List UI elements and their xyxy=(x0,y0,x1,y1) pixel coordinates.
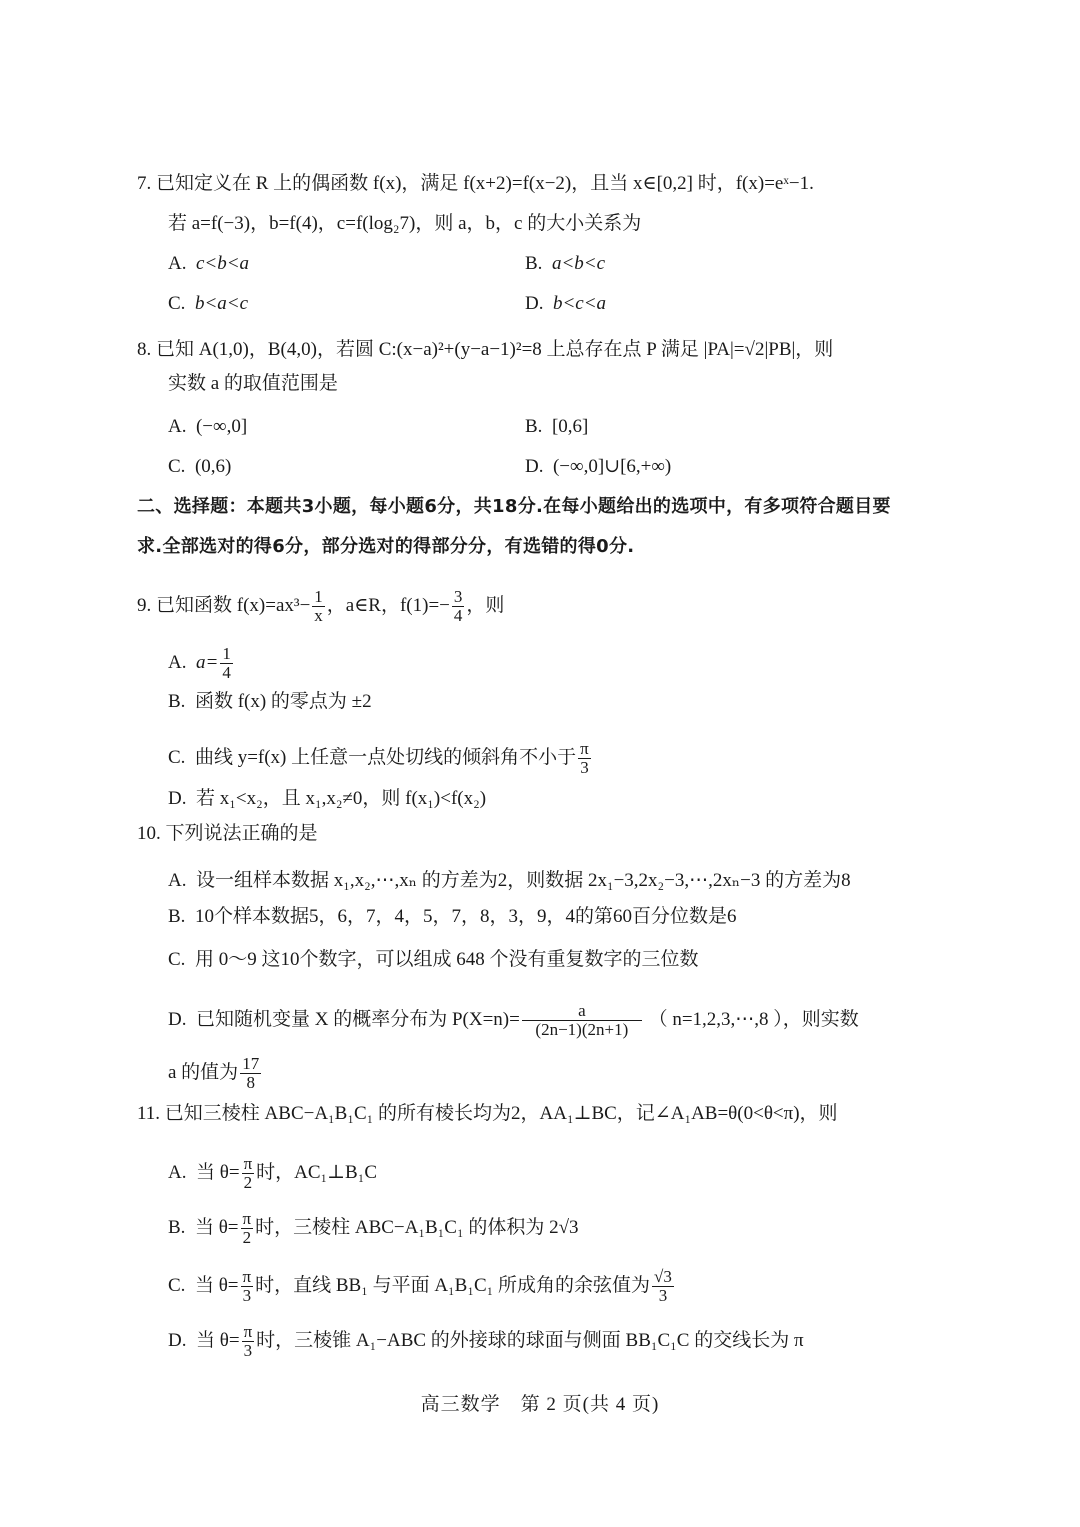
q7-option-b: B. a<b<c xyxy=(525,252,605,276)
fraction: √33 xyxy=(652,1268,674,1305)
option-text: 用 0～9 这10个数字，可以组成 648 个没有重复数字的三位数 xyxy=(195,949,699,970)
option-label: D. xyxy=(168,788,186,809)
option-label: A. xyxy=(168,870,186,891)
q7-number: 7. xyxy=(137,173,151,194)
denominator: 2 xyxy=(242,1174,255,1192)
option-label: B. xyxy=(168,906,185,927)
q8-stem-text-1: 已知 A(1,0)，B(4,0)，若圆 C:(x−a)²+(y−a−1)²=8 … xyxy=(156,339,833,360)
fraction: π3 xyxy=(241,1268,254,1305)
option-text: c<b<a xyxy=(196,253,249,274)
q10-option-b: B. 10个样本数据5，6，7，4，5，7，8，3，9，4的第60百分位数是6 xyxy=(168,905,736,929)
q7-option-c: C. b<a<c xyxy=(168,292,248,316)
numerator: 17 xyxy=(240,1055,261,1074)
option-text-post: （ n=1,2,3,⋯,8 ），则实数 xyxy=(649,1009,859,1030)
fraction: a(2n−1)(2n+1) xyxy=(522,1002,642,1039)
denominator: 4 xyxy=(220,664,233,682)
q9-number: 9. xyxy=(137,595,151,616)
q10-option-d-line2: a 的值为178 xyxy=(168,1055,263,1092)
denominator: 3 xyxy=(242,1342,255,1360)
q8-stem-line2: 实数 a 的取值范围是 xyxy=(168,372,338,396)
fraction: π3 xyxy=(578,740,591,777)
option-text-post: 时，AC₁⊥B₁C xyxy=(256,1162,377,1183)
numerator: √3 xyxy=(652,1268,674,1287)
option-label: C. xyxy=(168,949,185,970)
denominator: x xyxy=(312,607,325,625)
q10-option-d: D. 已知随机变量 X 的概率分布为 P(X=n)=a(2n−1)(2n+1) … xyxy=(168,1002,859,1039)
option-text: 函数 f(x) 的零点为 ±2 xyxy=(195,691,372,712)
q10-option-c: C. 用 0～9 这10个数字，可以组成 648 个没有重复数字的三位数 xyxy=(168,948,698,972)
option-label: C. xyxy=(168,456,185,477)
option-text: a= xyxy=(196,652,218,673)
numerator: a xyxy=(522,1002,642,1021)
fraction: π3 xyxy=(242,1323,255,1360)
q7-stem-line1: 7. 已知定义在 R 上的偶函数 f(x)，满足 f(x+2)=f(x−2)，且… xyxy=(137,172,814,196)
q8-stem-line1: 8. 已知 A(1,0)，B(4,0)，若圆 C:(x−a)²+(y−a−1)²… xyxy=(137,338,833,362)
q11-option-a: A. 当 θ=π2时，AC₁⊥B₁C xyxy=(168,1155,377,1192)
option-label: A. xyxy=(168,253,186,274)
q11-number: 11. xyxy=(137,1103,160,1124)
q9-stem-mid: ，a∈R，f(1)=− xyxy=(327,595,450,616)
q9-option-b: B. 函数 f(x) 的零点为 ±2 xyxy=(168,690,372,714)
option-label: A. xyxy=(168,416,186,437)
q11-option-c: C. 当 θ=π3时，直线 BB₁ 与平面 A₁B₁C₁ 所成角的余弦值为√33 xyxy=(168,1268,676,1305)
option-text: 当 θ= xyxy=(196,1162,240,1183)
option-text-post: 时，三棱柱 ABC−A₁B₁C₁ 的体积为 2√3 xyxy=(255,1217,578,1238)
numerator: 1 xyxy=(220,645,233,664)
q9-option-d: D. 若 x₁<x₂，且 x₁,x₂≠0，则 f(x₁)<f(x₂) xyxy=(168,787,486,811)
q11-option-d: D. 当 θ=π3时，三棱锥 A₁−ABC 的外接球的球面与侧面 BB₁C₁C … xyxy=(168,1323,804,1360)
option-text: [0,6] xyxy=(552,416,588,437)
q11-stem: 11. 已知三棱柱 ABC−A₁B₁C₁ 的所有棱长均为2，AA₁⊥BC，记∠A… xyxy=(137,1102,838,1126)
option-text: 当 θ= xyxy=(195,1275,239,1296)
option-label: C. xyxy=(168,293,185,314)
option-text: 10个样本数据5，6，7，4，5，7，8，3，9，4的第60百分位数是6 xyxy=(195,906,737,927)
option-label: A. xyxy=(168,652,186,673)
fraction: 34 xyxy=(452,588,465,625)
option-label: C. xyxy=(168,747,185,768)
fraction: 14 xyxy=(220,645,233,682)
option-text: 当 θ= xyxy=(195,1217,239,1238)
option-text: b<a<c xyxy=(195,293,248,314)
option-label: B. xyxy=(168,691,185,712)
q9-option-a: A. a=14 xyxy=(168,645,235,682)
option-label: D. xyxy=(525,293,543,314)
q7-option-d: D. b<c<a xyxy=(525,292,606,316)
q11-stem-text: 已知三棱柱 ABC−A₁B₁C₁ 的所有棱长均为2，AA₁⊥BC，记∠A₁AB=… xyxy=(165,1103,838,1124)
q8-option-c: C. (0,6) xyxy=(168,455,231,479)
fraction: 178 xyxy=(240,1055,261,1092)
numerator: 1 xyxy=(312,588,325,607)
fraction: 1x xyxy=(312,588,325,625)
q7-stem-text-1: 已知定义在 R 上的偶函数 f(x)，满足 f(x+2)=f(x−2)，且当 x… xyxy=(156,173,814,194)
q7-stem-line2: 若 a=f(−3)，b=f(4)，c=f(log₂7)，则 a，b，c 的大小关… xyxy=(168,212,641,236)
q9-option-c: C. 曲线 y=f(x) 上任意一点处切线的倾斜角不小于π3 xyxy=(168,740,593,777)
denominator: 3 xyxy=(652,1287,674,1305)
option-text: (−∞,0]∪[6,+∞) xyxy=(553,456,671,477)
option-label: D. xyxy=(168,1330,186,1351)
option-text: 若 x₁<x₂，且 x₁,x₂≠0，则 f(x₁)<f(x₂) xyxy=(196,788,486,809)
section2-instructions-line1: 二、选择题：本题共3小题，每小题6分，共18分.在每小题给出的选项中，有多项符合… xyxy=(137,495,891,519)
denominator: 3 xyxy=(578,759,591,777)
q8-option-a: A. (−∞,0] xyxy=(168,415,247,439)
option-text: 已知随机变量 X 的概率分布为 P(X=n)= xyxy=(196,1009,520,1030)
page-footer: 高三数学 第 2 页(共 4 页) xyxy=(0,1393,1080,1417)
fraction: π2 xyxy=(241,1210,254,1247)
option-text-post: 时，三棱锥 A₁−ABC 的外接球的球面与侧面 BB₁C₁C 的交线长为 π xyxy=(256,1330,803,1351)
q8-number: 8. xyxy=(137,339,151,360)
option-label: C. xyxy=(168,1275,185,1296)
option-text-post: 时，直线 BB₁ 与平面 A₁B₁C₁ 所成角的余弦值为 xyxy=(255,1275,650,1296)
q11-option-b: B. 当 θ=π2时，三棱柱 ABC−A₁B₁C₁ 的体积为 2√3 xyxy=(168,1210,579,1247)
numerator: 3 xyxy=(452,588,465,607)
denominator: 4 xyxy=(452,607,465,625)
section2-instructions-line2: 求.全部选对的得6分，部分选对的得部分分，有选错的得0分. xyxy=(137,535,634,559)
numerator: π xyxy=(578,740,591,759)
q10-number: 10. xyxy=(137,823,161,844)
numerator: π xyxy=(242,1155,255,1174)
option-text: 曲线 y=f(x) 上任意一点处切线的倾斜角不小于 xyxy=(195,747,576,768)
fraction: π2 xyxy=(242,1155,255,1192)
option-text: (−∞,0] xyxy=(196,416,247,437)
q7-option-a: A. c<b<a xyxy=(168,252,249,276)
option-label: A. xyxy=(168,1162,186,1183)
option-label: B. xyxy=(525,416,542,437)
q8-option-d: D. (−∞,0]∪[6,+∞) xyxy=(525,455,671,479)
option-label: D. xyxy=(525,456,543,477)
denominator: 2 xyxy=(241,1229,254,1247)
option-text: b<c<a xyxy=(553,293,606,314)
option-text: 当 θ= xyxy=(196,1330,240,1351)
option-text: (0,6) xyxy=(195,456,231,477)
numerator: π xyxy=(241,1210,254,1229)
q8-option-b: B. [0,6] xyxy=(525,415,588,439)
denominator: (2n−1)(2n+1) xyxy=(522,1021,642,1039)
q10-stem: 10. 下列说法正确的是 xyxy=(137,822,318,846)
denominator: 8 xyxy=(240,1074,261,1092)
option-text: a 的值为 xyxy=(168,1062,238,1083)
denominator: 3 xyxy=(241,1287,254,1305)
option-label: D. xyxy=(168,1009,186,1030)
q9-stem-pre: 已知函数 f(x)=ax³− xyxy=(156,595,310,616)
numerator: π xyxy=(242,1323,255,1342)
numerator: π xyxy=(241,1268,254,1287)
q9-stem-post: ，则 xyxy=(466,595,504,616)
q10-stem-text: 下列说法正确的是 xyxy=(166,823,318,844)
option-text: a<b<c xyxy=(552,253,605,274)
q10-option-a: A. 设一组样本数据 x₁,x₂,⋯,xₙ 的方差为2，则数据 2x₁−3,2x… xyxy=(168,869,851,893)
option-text: 设一组样本数据 x₁,x₂,⋯,xₙ 的方差为2，则数据 2x₁−3,2x₂−3… xyxy=(196,870,851,891)
q9-stem: 9. 已知函数 f(x)=ax³−1x，a∈R，f(1)=−34，则 xyxy=(137,588,504,625)
option-label: B. xyxy=(525,253,542,274)
option-label: B. xyxy=(168,1217,185,1238)
